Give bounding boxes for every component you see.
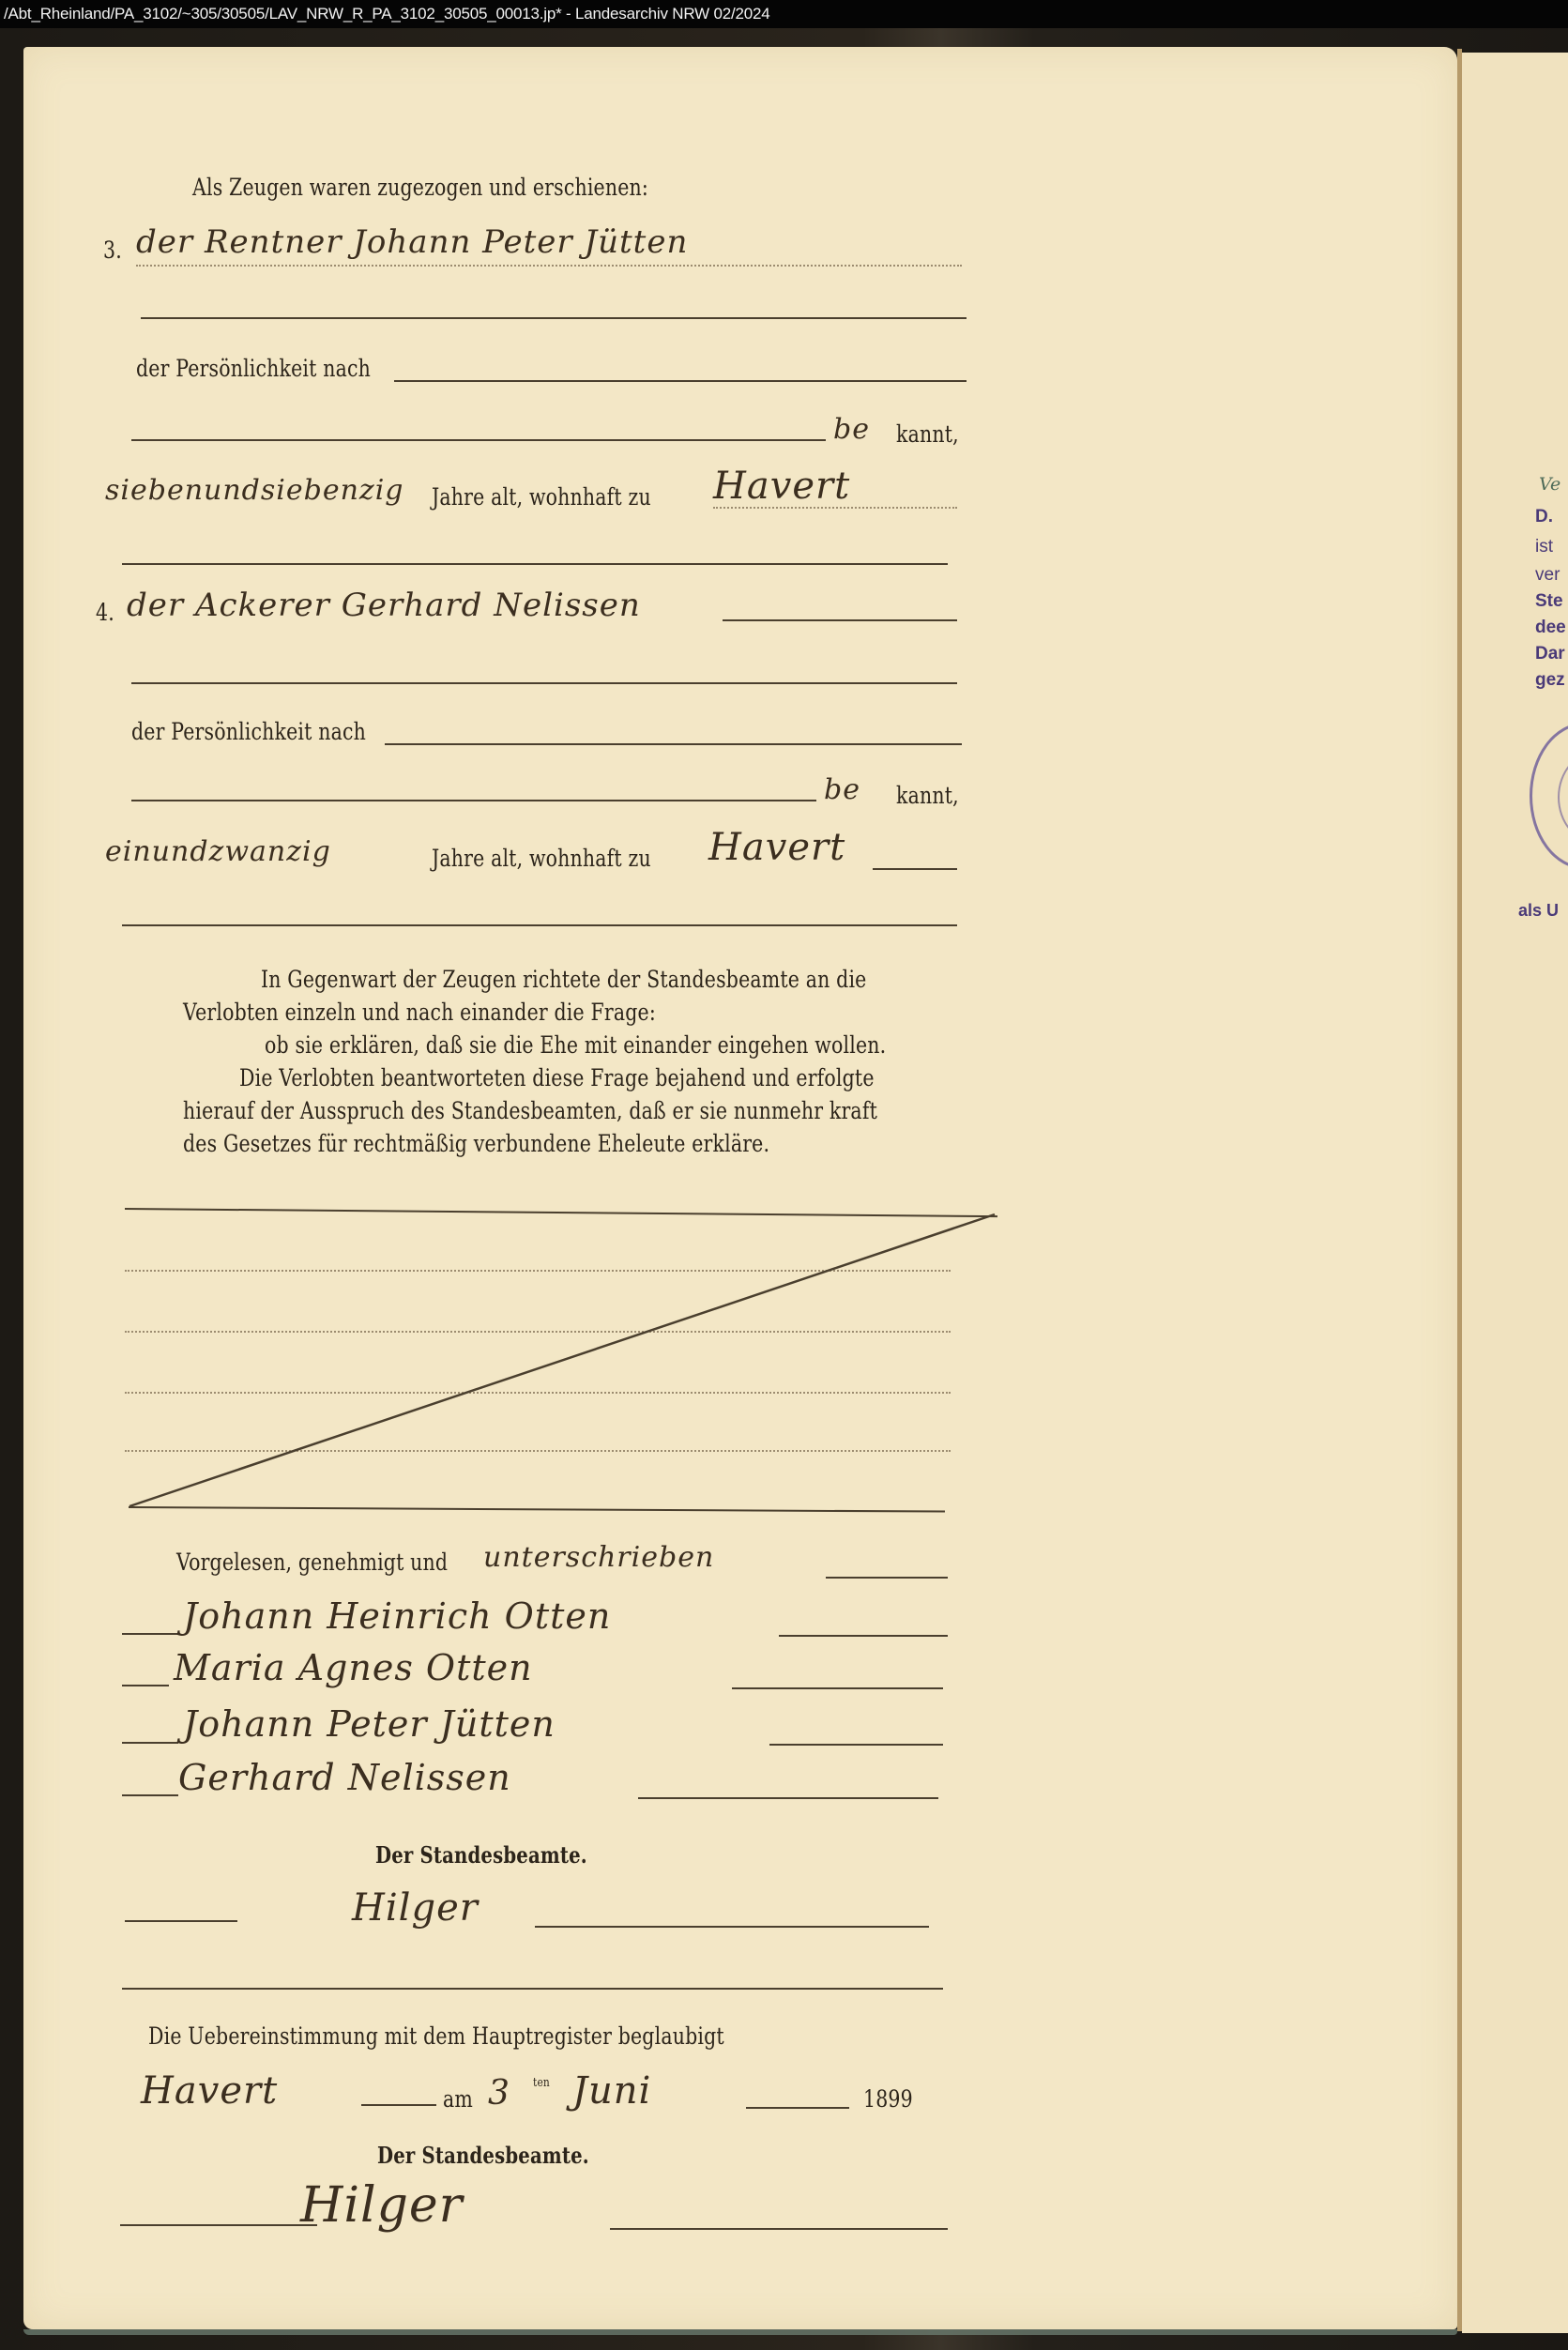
witness-3-name: der Rentner Johann Peter Jütten: [136, 223, 688, 261]
witness-3-known-prefix: be: [833, 413, 870, 446]
stamp-line-1: D.: [1535, 507, 1553, 527]
witness-3-known-suffix: kannt,: [896, 420, 959, 448]
certification-month: Juni: [572, 2069, 651, 2113]
certification-am: am: [443, 2085, 473, 2113]
stamp-footer: als U: [1518, 901, 1559, 921]
stamp-line-5: dee: [1535, 618, 1566, 638]
witness-3-age-label: Jahre alt, wohnhaft zu: [432, 483, 651, 511]
certification-year: 1899: [863, 2085, 913, 2113]
window-title: /Abt_Rheinland/PA_3102/~305/30505/LAV_NR…: [0, 0, 1568, 28]
stamp-line-4: Ste: [1535, 591, 1563, 612]
signature-2: Maria Agnes Otten: [174, 1647, 533, 1688]
witness-3-residence: Havert: [713, 465, 850, 508]
certification-registrar-label: Der Standesbeamte.: [377, 2142, 589, 2169]
witness-3-number: 3.: [103, 237, 122, 264]
stamp-line-7: gez: [1535, 670, 1565, 691]
ceremony-line-3: ob sie erklären, daß sie die Ehe mit ein…: [265, 1029, 886, 1061]
witness-4-age-label: Jahre alt, wohnhaft zu: [432, 845, 651, 872]
ceremony-line-6: des Gesetzes für rechtmäßig verbundene E…: [183, 1127, 769, 1160]
certification-place: Havert: [141, 2069, 278, 2113]
document-page-right: [1462, 53, 1568, 2333]
witness-4-known-suffix: kannt,: [896, 782, 959, 809]
witness-3-identity-label: der Persönlichkeit nach: [136, 355, 371, 382]
stamp-handwritten: Ve: [1539, 474, 1560, 495]
witness-4-known-prefix: be: [824, 773, 860, 806]
witness-4-identity-label: der Persönlichkeit nach: [131, 718, 366, 745]
witness-4-residence: Havert: [708, 826, 845, 869]
signature-1: Johann Heinrich Otten: [183, 1595, 611, 1637]
witnesses-heading: Als Zeugen waren zugezogen und erschiene…: [192, 174, 648, 201]
ceremony-line-1: In Gegenwart der Zeugen richtete der Sta…: [261, 963, 866, 996]
stamp-line-6: Dar: [1535, 644, 1565, 664]
witness-4-number: 4.: [96, 599, 114, 626]
certification-text: Die Uebereinstimmung mit dem Hauptregist…: [148, 2022, 724, 2050]
stamp-line-3: ver: [1535, 565, 1560, 586]
signature-3: Johann Peter Jütten: [183, 1703, 556, 1745]
stamp-line-2: ist: [1535, 537, 1553, 557]
ceremony-line-2: Verlobten einzeln und nach einander die …: [183, 996, 656, 1029]
read-approved-label: Vorgelesen, genehmigt und: [176, 1549, 448, 1576]
read-approved-hand: unterschrieben: [483, 1541, 714, 1574]
ceremony-line-4: Die Verlobten beantworteten diese Frage …: [239, 1061, 875, 1094]
strike-diagonal: [122, 1211, 1004, 1511]
witness-4-age: einundzwanzig: [105, 835, 331, 868]
witness-3-age: siebenundsiebenzig: [105, 474, 404, 507]
registrar-signature: Hilger: [352, 1886, 479, 1930]
certification-day-suffix: ten: [533, 2076, 550, 2090]
registrar-label: Der Standesbeamte.: [375, 1841, 587, 1869]
signature-4: Gerhard Nelissen: [178, 1757, 511, 1798]
ceremony-line-5: hierauf der Ausspruch des Standesbeamten…: [183, 1094, 877, 1127]
certification-signature: Hilger: [300, 2177, 464, 2234]
witness-4-name: der Ackerer Gerhard Nelissen: [127, 587, 641, 624]
certification-day: 3: [488, 2074, 510, 2113]
